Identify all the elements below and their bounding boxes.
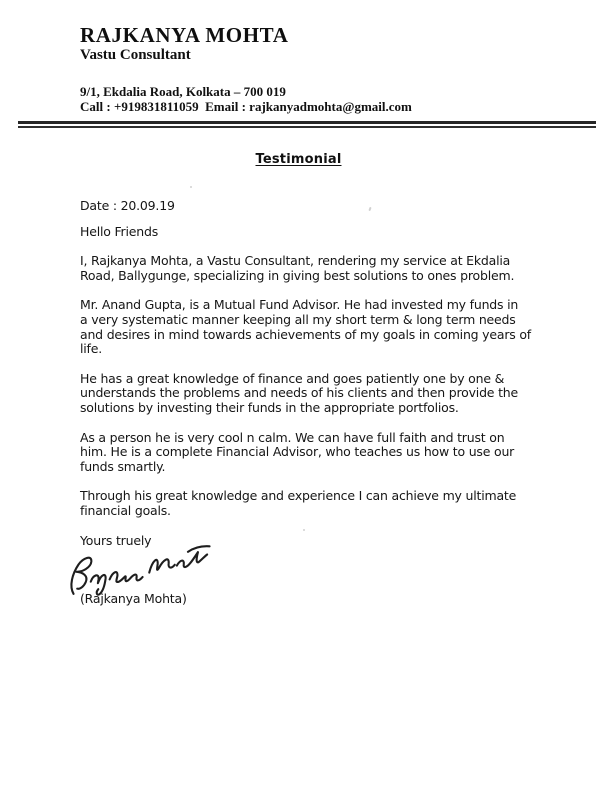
letter-page: RAJKANYA MOHTA Vastu Consultant 9/1, Ekd… [0,0,612,792]
letterhead-title: Vastu Consultant [80,47,191,64]
letterhead-address: 9/1, Ekdalia Road, Kolkata – 700 019 [80,84,286,99]
letter-heading: Testimonial [80,152,517,167]
paragraph: I, Rajkanya Mohta, a Vastu Consultant, r… [80,254,550,283]
letterhead-rule [18,121,596,128]
signed-name: (Rajkanya Mohta) [80,592,550,607]
date-line: Date : 20.09.19 [80,199,550,214]
paragraph: As a person he is very cool n calm. We c… [80,431,550,475]
scan-speck [190,186,192,188]
paragraph: He has a great knowledge of finance and … [80,372,550,416]
scan-speck [303,529,305,531]
paragraph: Mr. Anand Gupta, is a Mutual Fund Adviso… [80,298,550,356]
letter-body: Date : 20.09.19 Hello Friends I, Rajkany… [80,199,550,622]
salutation: Hello Friends [80,225,550,240]
paragraph: Through his great knowledge and experien… [80,489,550,518]
letterhead-name: RAJKANYA MOHTA [80,23,289,47]
signature-handwriting [62,542,225,597]
letterhead-contact: Call : +919831811059 Email : rajkanyadmo… [80,99,412,114]
